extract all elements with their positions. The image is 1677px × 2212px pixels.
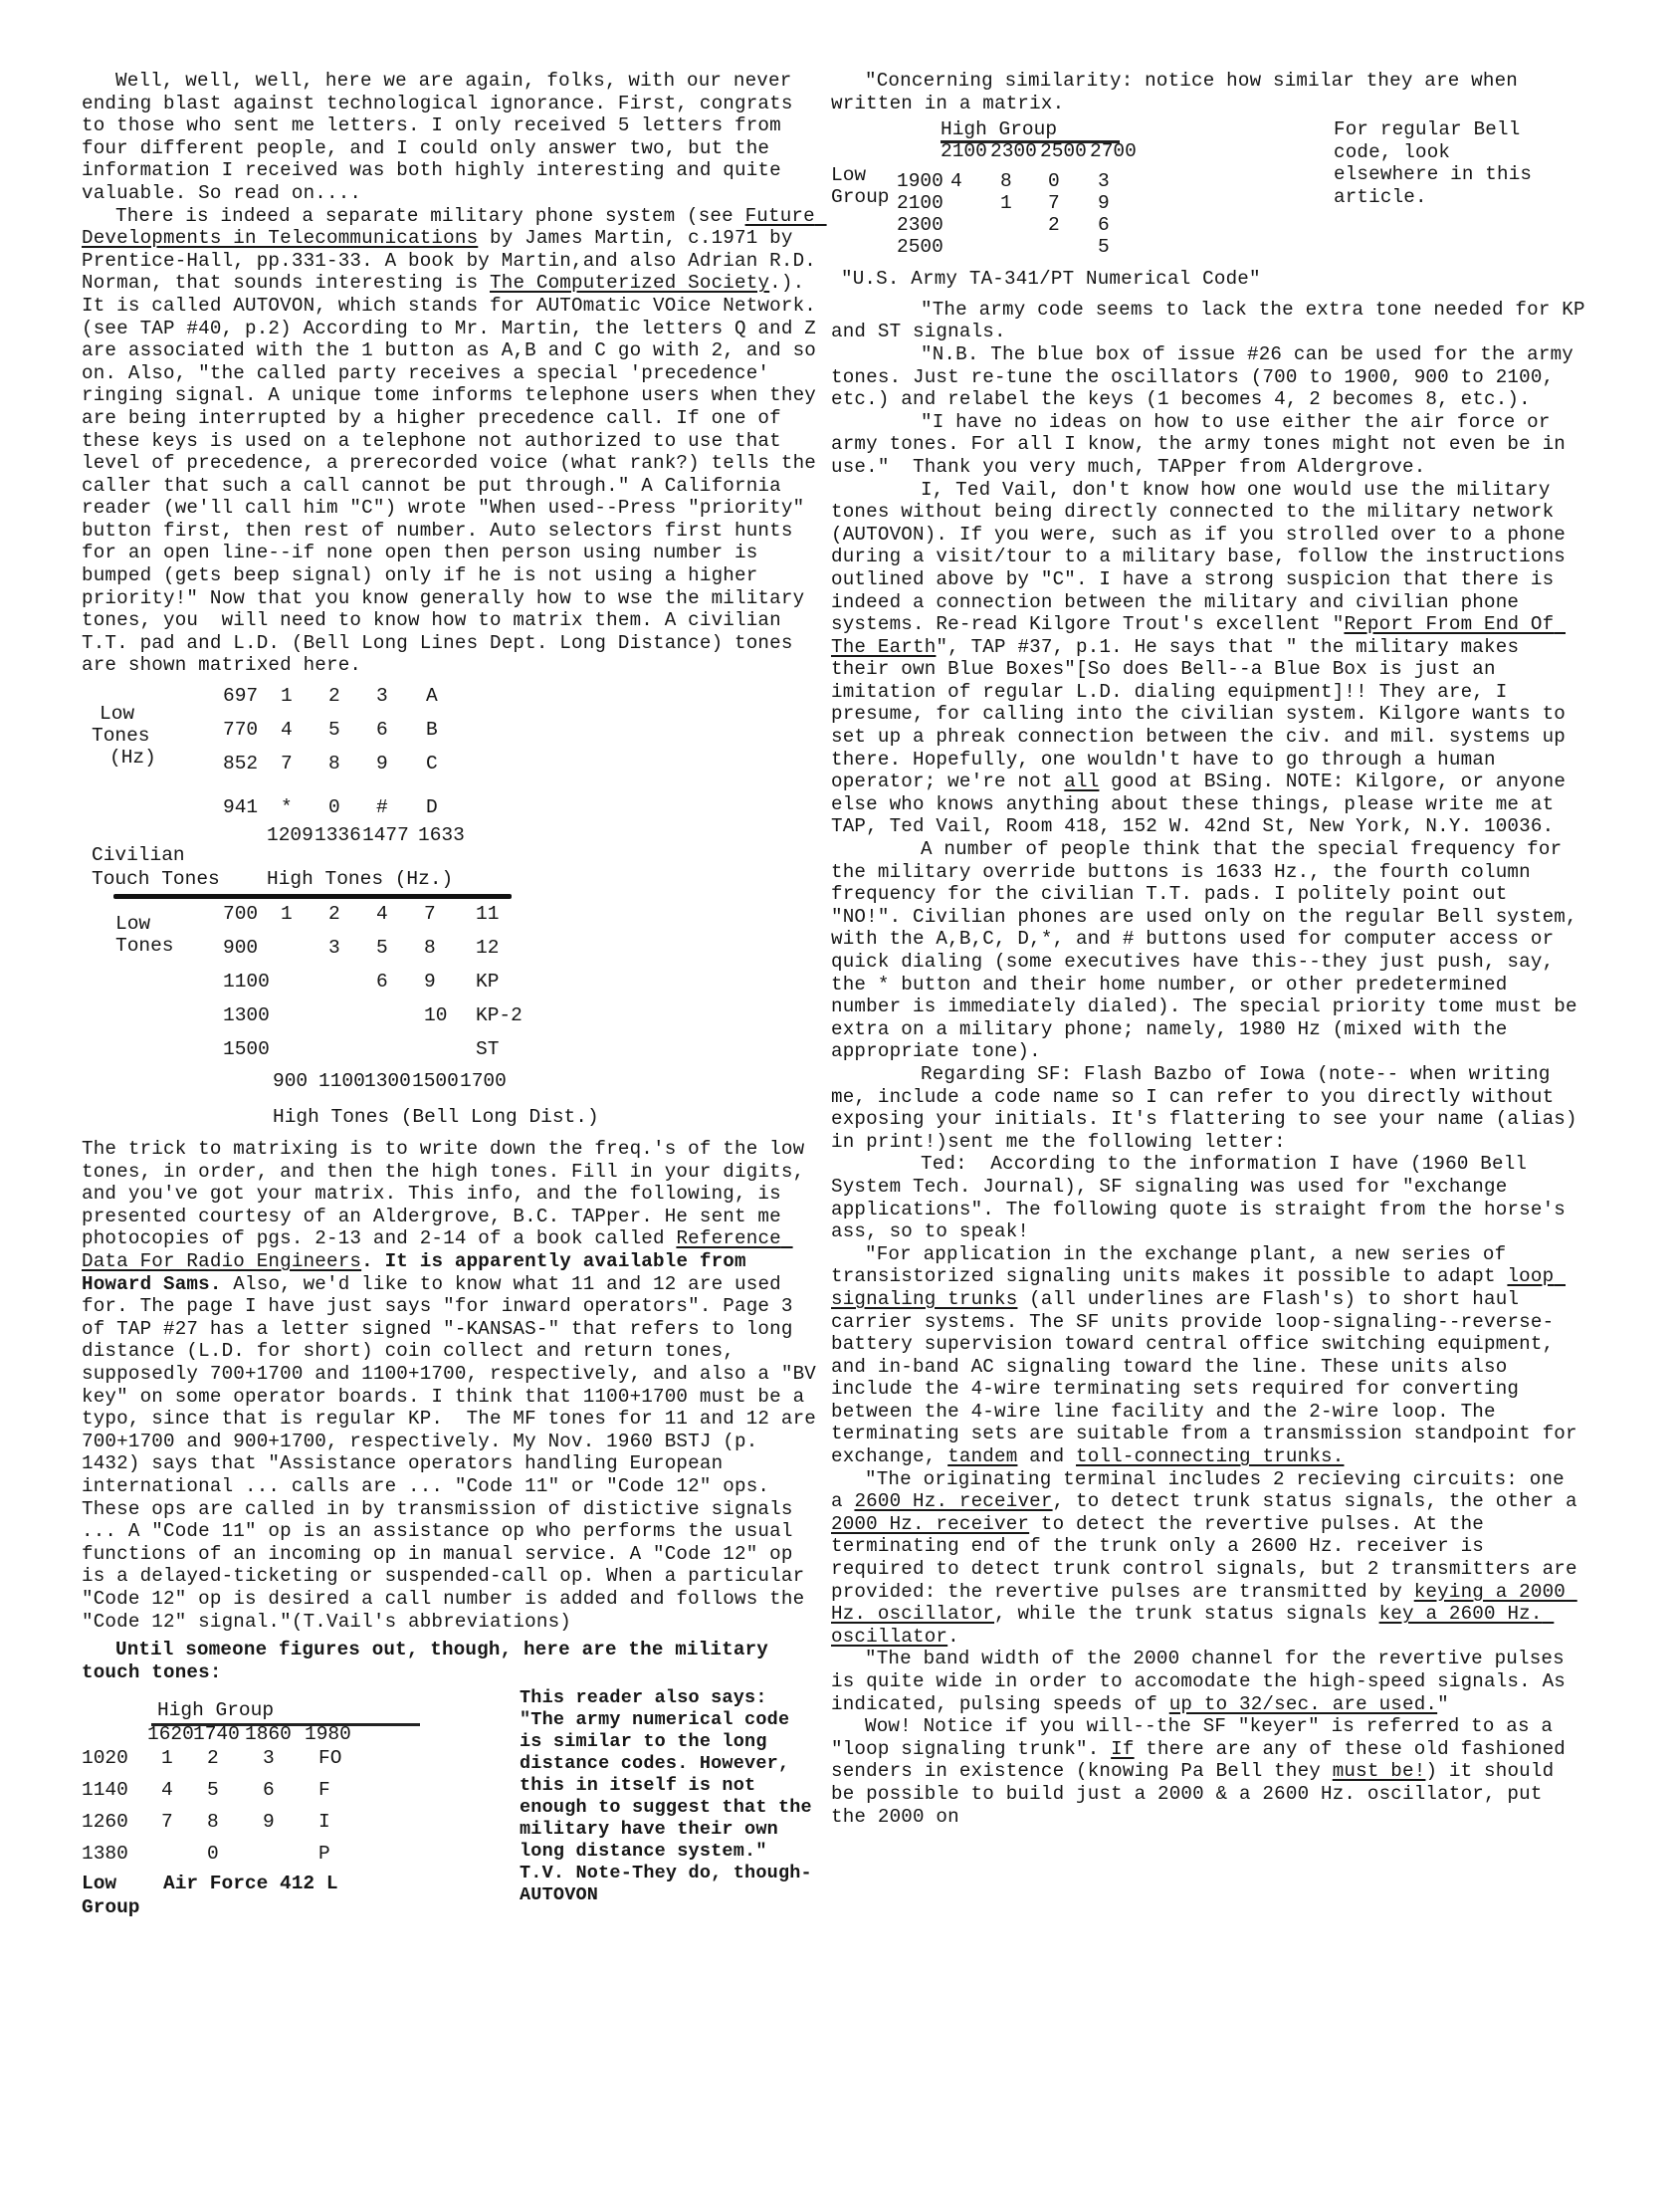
matrix-key: 8 bbox=[207, 1811, 219, 1833]
matrix-key: P bbox=[318, 1843, 330, 1865]
underline-2000-receiver: 2000 Hz. receiver bbox=[831, 1513, 1029, 1535]
matrix-key: 6 bbox=[263, 1779, 275, 1801]
matrix-key: B bbox=[426, 719, 438, 741]
matrix-key: 8 bbox=[424, 937, 436, 959]
low-tone-freq: 770 bbox=[223, 719, 258, 741]
low-group-label: Low bbox=[831, 164, 866, 186]
intro-paragraph: Well, well, well, here we are again, fol… bbox=[82, 70, 818, 205]
low-tone-freq: 1300 bbox=[223, 1004, 270, 1026]
high-tone-freq: 1620 bbox=[147, 1723, 194, 1745]
matrixing-paragraph: The trick to matrixing is to write down … bbox=[82, 1138, 818, 1633]
caption-civilian: Civilian bbox=[92, 844, 185, 866]
matrix-key: 4 bbox=[281, 719, 293, 741]
low-group-label: Group bbox=[82, 1896, 140, 1918]
ted-vail-paragraph: I, Ted Vail, don't know how one would us… bbox=[831, 479, 1587, 839]
matrix-key: D bbox=[426, 796, 438, 818]
matrix-key: 9 bbox=[263, 1811, 275, 1833]
text: and bbox=[1017, 1445, 1076, 1467]
text: , to detect trunk status signals, the ot… bbox=[1053, 1490, 1589, 1512]
underline-tandem: tandem bbox=[947, 1445, 1017, 1467]
underline-pulsing-speed: up to 32/sec. are used. bbox=[1169, 1693, 1437, 1715]
high-tone-freq: 1700 bbox=[460, 1070, 507, 1092]
matrix-key: 10 bbox=[424, 1004, 447, 1026]
underline-toll-connecting-trunks: toll-connecting trunks. bbox=[1076, 1445, 1344, 1467]
caption-touch-tones: Touch Tones bbox=[92, 868, 220, 890]
matrix-key: 1 bbox=[1000, 192, 1012, 214]
high-tone-freq: 1980 bbox=[305, 1723, 351, 1745]
matrix-key: 3 bbox=[263, 1747, 275, 1769]
low-tone-freq: 1900 bbox=[897, 170, 943, 192]
low-tone-freq: 2500 bbox=[897, 236, 943, 258]
matrix-key: I bbox=[318, 1811, 330, 1833]
army-matrix-caption: "U.S. Army TA-341/PT Numerical Code" bbox=[831, 268, 1587, 291]
matrix-key: 6 bbox=[1098, 214, 1110, 236]
matrix-key: 2 bbox=[328, 903, 340, 925]
text: There is indeed a separate military phon… bbox=[115, 205, 745, 227]
matrix-key: C bbox=[426, 753, 438, 774]
text: .). It is called AUTOVON, which stands f… bbox=[82, 272, 828, 676]
text: . bbox=[947, 1626, 959, 1648]
army-section: High Group2100230025002700LowGroup190021… bbox=[831, 114, 1587, 264]
caption-bell-long-dist: High Tones (Bell Long Dist.) bbox=[273, 1106, 599, 1128]
matrix-key: 1 bbox=[161, 1747, 173, 1769]
text: ", TAP #37, p.1. He says that " the mili… bbox=[831, 636, 1577, 793]
high-tone-freq: 2700 bbox=[1090, 140, 1137, 162]
originating-terminal-quote: "The originating terminal includes 2 rec… bbox=[831, 1468, 1587, 1649]
high-tone-freq: 1500 bbox=[412, 1070, 459, 1092]
matrix-key: 0 bbox=[207, 1843, 219, 1865]
matrix-key: 3 bbox=[376, 685, 388, 707]
text: "For application in the exchange plant, … bbox=[831, 1243, 1518, 1288]
low-tone-freq: 852 bbox=[223, 753, 258, 774]
low-group-label: Low bbox=[82, 1873, 116, 1894]
until-paragraph: Until someone figures out, though, here … bbox=[82, 1639, 818, 1683]
matrix-key: 6 bbox=[376, 719, 388, 741]
matrix-key: 4 bbox=[161, 1779, 173, 1801]
matrix-key: 7 bbox=[424, 903, 436, 925]
high-tone-freq: 1100 bbox=[318, 1070, 365, 1092]
book-title-computerized-society: The Computerized Society bbox=[490, 272, 769, 294]
ted-letter-paragraph: Ted: According to the information I have… bbox=[831, 1153, 1587, 1242]
matrix-key: 3 bbox=[328, 937, 340, 959]
low-tone-freq: 1020 bbox=[82, 1747, 128, 1769]
matrix-key: A bbox=[426, 685, 438, 707]
text: I, Ted Vail, don't know how one would us… bbox=[831, 479, 1577, 636]
low-tone-freq: 941 bbox=[223, 796, 258, 818]
bandwidth-quote: "The band width of the 2000 channel for … bbox=[831, 1648, 1587, 1715]
matrix-key: FO bbox=[318, 1747, 341, 1769]
matrix-key: 7 bbox=[281, 753, 293, 774]
military-system-paragraph: There is indeed a separate military phon… bbox=[82, 205, 818, 677]
similarity-paragraph: "Concerning similarity: notice how simil… bbox=[831, 70, 1587, 114]
text: " bbox=[1437, 1693, 1449, 1715]
high-tone-freq: 1740 bbox=[193, 1723, 240, 1745]
matrix-key: 6 bbox=[376, 971, 388, 993]
low-tones-label: Tones bbox=[115, 935, 174, 957]
exchange-plant-quote: "For application in the exchange plant, … bbox=[831, 1243, 1587, 1468]
matrix-key: 1 bbox=[281, 685, 293, 707]
matrix-key: 12 bbox=[476, 937, 499, 959]
bell-code-side-note: For regular Bell code, look elsewhere in… bbox=[1334, 118, 1563, 208]
matrix-key: 0 bbox=[1048, 170, 1060, 192]
high-tone-freq: 1860 bbox=[245, 1723, 292, 1745]
matrix-key: 5 bbox=[328, 719, 340, 741]
underline-2600-receiver: 2600 Hz. receiver bbox=[854, 1490, 1052, 1512]
matrix-key: KP-2 bbox=[476, 1004, 523, 1026]
matrix-key: 8 bbox=[328, 753, 340, 774]
matrix-key: ST bbox=[476, 1038, 499, 1060]
matrix-divider-rule bbox=[113, 894, 512, 899]
override-frequency-paragraph: A number of people think that the specia… bbox=[831, 838, 1587, 1063]
matrix-key: 4 bbox=[950, 170, 962, 192]
low-tone-freq: 1500 bbox=[223, 1038, 270, 1060]
matrix-key: 7 bbox=[161, 1811, 173, 1833]
matrix-key: 1 bbox=[281, 903, 293, 925]
high-group-label: High Group bbox=[941, 118, 1057, 140]
low-tones-label: Low bbox=[115, 913, 150, 935]
no-ideas-paragraph: "I have no ideas on how to use either th… bbox=[831, 411, 1587, 479]
matrix-key: 2 bbox=[1048, 214, 1060, 236]
matrix-key: F bbox=[318, 1779, 330, 1801]
matrix-key: 4 bbox=[376, 903, 388, 925]
right-column: "Concerning similarity: notice how simil… bbox=[831, 70, 1587, 1828]
matrix-key: 0 bbox=[328, 796, 340, 818]
caption-high-tones: High Tones (Hz.) bbox=[267, 868, 453, 890]
high-tone-freq: 1336 bbox=[314, 824, 361, 846]
reader-sidebar-note: This reader also says: "The army numeric… bbox=[520, 1687, 818, 1906]
sf-paragraph: Regarding SF: Flash Bazbo of Iowa (note-… bbox=[831, 1063, 1587, 1153]
low-tone-freq: 2300 bbox=[897, 214, 943, 236]
text: (all underlines are Flash's) to short ha… bbox=[831, 1288, 1588, 1467]
text: , while the trunk status signals bbox=[994, 1603, 1379, 1625]
matrix-key: 11 bbox=[476, 903, 499, 925]
matrix-key: 2 bbox=[207, 1747, 219, 1769]
military-section: High Group162017401860198010201140126013… bbox=[82, 1683, 818, 1912]
caption-air-force-412l: Air Force 412 L bbox=[163, 1873, 338, 1894]
high-tone-freq: 1300 bbox=[364, 1070, 411, 1092]
high-group-label: High Group bbox=[157, 1699, 274, 1721]
high-tone-freq: 2300 bbox=[990, 140, 1037, 162]
high-tone-freq: 1209 bbox=[267, 824, 314, 846]
high-tone-freq: 1477 bbox=[362, 824, 409, 846]
civilian-touch-tone-matrix: LowTones(Hz)697770852941123A456B789C*0#D… bbox=[82, 685, 818, 894]
matrix-key: 5 bbox=[207, 1779, 219, 1801]
matrix-key: KP bbox=[476, 971, 499, 993]
low-tone-freq: 1380 bbox=[82, 1843, 128, 1865]
wow-paragraph: Wow! Notice if you will--the SF "keyer" … bbox=[831, 1715, 1587, 1828]
military-touch-tone-matrix: High Group162017401860198010201140126013… bbox=[82, 1683, 500, 1912]
matrix-key: 5 bbox=[376, 937, 388, 959]
text: Also, we'd like to know what 11 and 12 a… bbox=[82, 1273, 828, 1633]
matrix-key: 7 bbox=[1048, 192, 1060, 214]
matrix-key: 8 bbox=[1000, 170, 1012, 192]
high-tone-freq: 1633 bbox=[418, 824, 465, 846]
newsletter-page: Well, well, well, here we are again, fol… bbox=[0, 0, 1677, 2212]
underline-if: If bbox=[1111, 1738, 1134, 1760]
army-code-paragraph: "The army code seems to lack the extra t… bbox=[831, 299, 1587, 343]
low-tone-freq: 1260 bbox=[82, 1811, 128, 1833]
nb-blue-box-paragraph: "N.B. The blue box of issue #26 can be u… bbox=[831, 343, 1587, 411]
matrix-key: 9 bbox=[376, 753, 388, 774]
high-tone-freq: 900 bbox=[273, 1070, 308, 1092]
emphasis-all: all bbox=[1064, 771, 1099, 792]
high-tone-freq: 2500 bbox=[1040, 140, 1087, 162]
high-tone-freq: 2100 bbox=[941, 140, 987, 162]
matrix-key: 5 bbox=[1098, 236, 1110, 258]
left-column: Well, well, well, here we are again, fol… bbox=[82, 70, 818, 1912]
low-tone-freq: 2100 bbox=[897, 192, 943, 214]
matrix-key: 2 bbox=[328, 685, 340, 707]
matrix-key: * bbox=[281, 796, 293, 818]
matrix-key: 9 bbox=[424, 971, 436, 993]
bell-long-distance-matrix: LowTones7009001100130015001247113581269K… bbox=[82, 903, 818, 1134]
matrix-key: 3 bbox=[1098, 170, 1110, 192]
low-tone-freq: 1100 bbox=[223, 971, 270, 993]
low-tone-freq: 900 bbox=[223, 937, 258, 959]
army-numerical-code-matrix: High Group2100230025002700LowGroup190021… bbox=[831, 114, 1289, 264]
low-tones-label: Tones bbox=[92, 725, 150, 747]
matrix-key: 9 bbox=[1098, 192, 1110, 214]
matrix-key: # bbox=[376, 796, 388, 818]
low-tone-freq: 1140 bbox=[82, 1779, 128, 1801]
underline-must-be: must be! bbox=[1333, 1760, 1426, 1782]
low-tones-label: (Hz) bbox=[109, 747, 156, 769]
low-group-label: Group bbox=[831, 186, 890, 208]
low-tone-freq: 697 bbox=[223, 685, 258, 707]
low-tones-label: Low bbox=[100, 703, 134, 725]
low-tone-freq: 700 bbox=[223, 903, 258, 925]
